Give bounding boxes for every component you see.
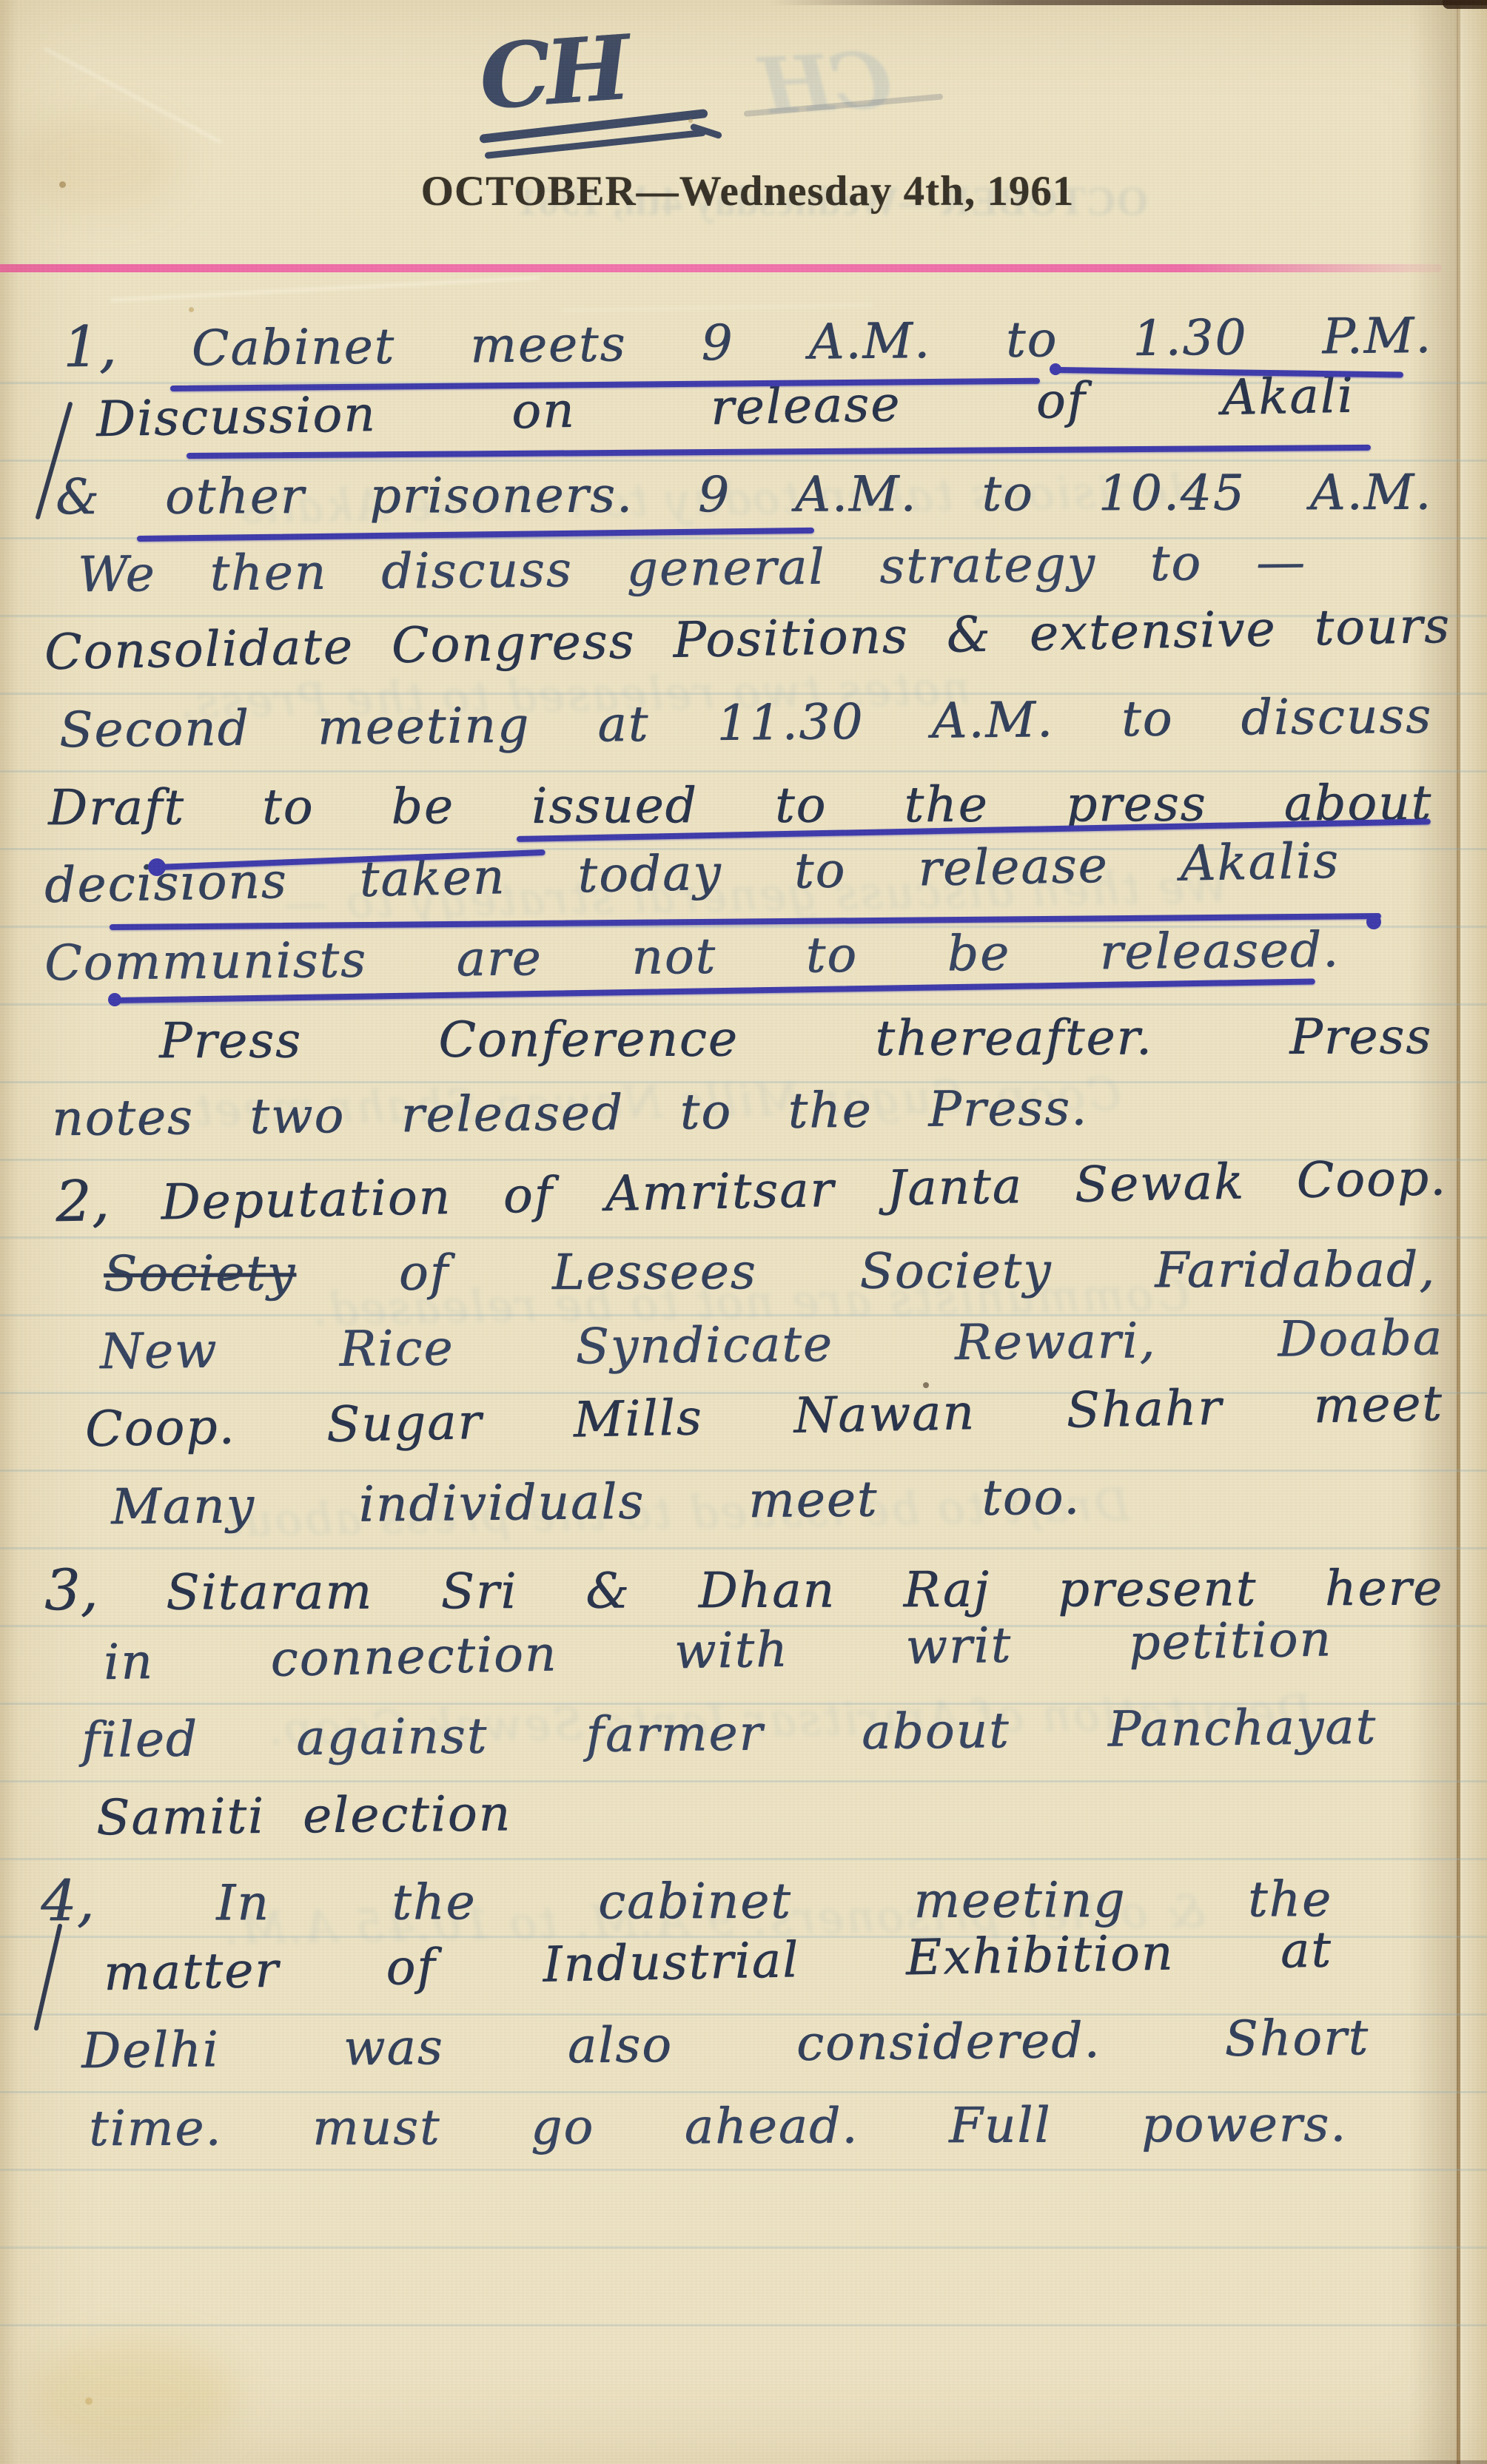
item-number: 1,: [63, 313, 117, 380]
handwritten-line: notes two released to the Press.: [51, 1072, 1088, 1154]
ink-blob: [1050, 363, 1061, 375]
line-text: time. must go ahead. Full powers.: [89, 2096, 1347, 2157]
handwritten-line: Samiti election: [95, 1778, 511, 1854]
item-number: 4,: [41, 1868, 95, 1933]
line-text: New Rice Syndicate Rewari, Doaba: [100, 1309, 1444, 1380]
pen-mark-ch: CH: [476, 16, 628, 129]
ink-blob: [108, 993, 121, 1006]
line-text: Second meeting at 11.30 A.M. to discuss: [59, 687, 1433, 758]
diary-page: OCTOBER—Wednesday 4th, 1961 CH decisions…: [0, 0, 1487, 2464]
line-text: Coop. Sugar Mills Nawan Shahr meet: [84, 1375, 1443, 1458]
handwritten-line: Delhi was also considered. Short: [81, 2002, 1369, 2087]
paper-speck: [688, 118, 693, 123]
line-text: Many individuals meet too.: [111, 1468, 1081, 1535]
line-text: We then discuss general strategy to —: [78, 533, 1307, 603]
handwritten-line: & other prisoners. 9 A.M. to 10.45 A.M.: [56, 457, 1432, 533]
paper-crease: [111, 277, 540, 301]
item-number: 2,: [55, 1168, 110, 1234]
paper-speck: [189, 307, 194, 312]
line-text: Samiti election: [96, 1785, 512, 1846]
line-text: Deputation of Amritsar Janta Sewak Coop.: [161, 1149, 1448, 1231]
ink-blob: [148, 858, 166, 876]
age-stain: [15, 111, 178, 215]
ink-blob: [1366, 915, 1381, 929]
left-edge-shade: [0, 0, 18, 2464]
line-text: of Lessees Society Faridabad,: [399, 1241, 1436, 1302]
line-text: filed against farmer about Panchayat: [81, 1698, 1377, 1768]
page-gutter-line: [1457, 0, 1460, 2464]
bleed-through-pen-mark: CH: [760, 34, 894, 132]
scan-top-edge: [770, 0, 1487, 5]
date-heading: OCTOBER—Wednesday 4th, 1961: [326, 167, 1169, 215]
handwritten-line: time. must go ahead. Full powers.: [89, 2089, 1347, 2164]
scan-top-corner: [1443, 0, 1487, 9]
line-text: Consolidate Congress Positions & extensi…: [44, 597, 1451, 681]
handwritten-line: Many individuals meet too.: [110, 1461, 1081, 1542]
pink-rule: [0, 264, 1442, 272]
item-number: 3,: [44, 1557, 98, 1623]
line-text: Press Conference thereafter. Press: [159, 1008, 1432, 1069]
page-edge-strip: [1460, 0, 1487, 2464]
handwritten-line: Society of Lessees Society Faridabad,: [104, 1234, 1436, 1310]
handwritten-line: Second meeting at 11.30 A.M. to discuss: [58, 681, 1432, 766]
paper-speck: [923, 1382, 929, 1388]
handwritten-line: filed against farmer about Panchayat: [81, 1692, 1377, 1776]
handwritten-line: Press Conference thereafter. Press: [159, 1001, 1432, 1077]
line-text: & other prisoners. 9 A.M. to 10.45 A.M.: [56, 464, 1432, 525]
line-text: Delhi was also considered. Short: [81, 2009, 1370, 2079]
scan-bottom-edge: [814, 2460, 1487, 2464]
struck-word: Society: [104, 1245, 296, 1302]
line-text: notes two released to the Press.: [52, 1079, 1089, 1147]
age-stain: [30, 2338, 237, 2457]
